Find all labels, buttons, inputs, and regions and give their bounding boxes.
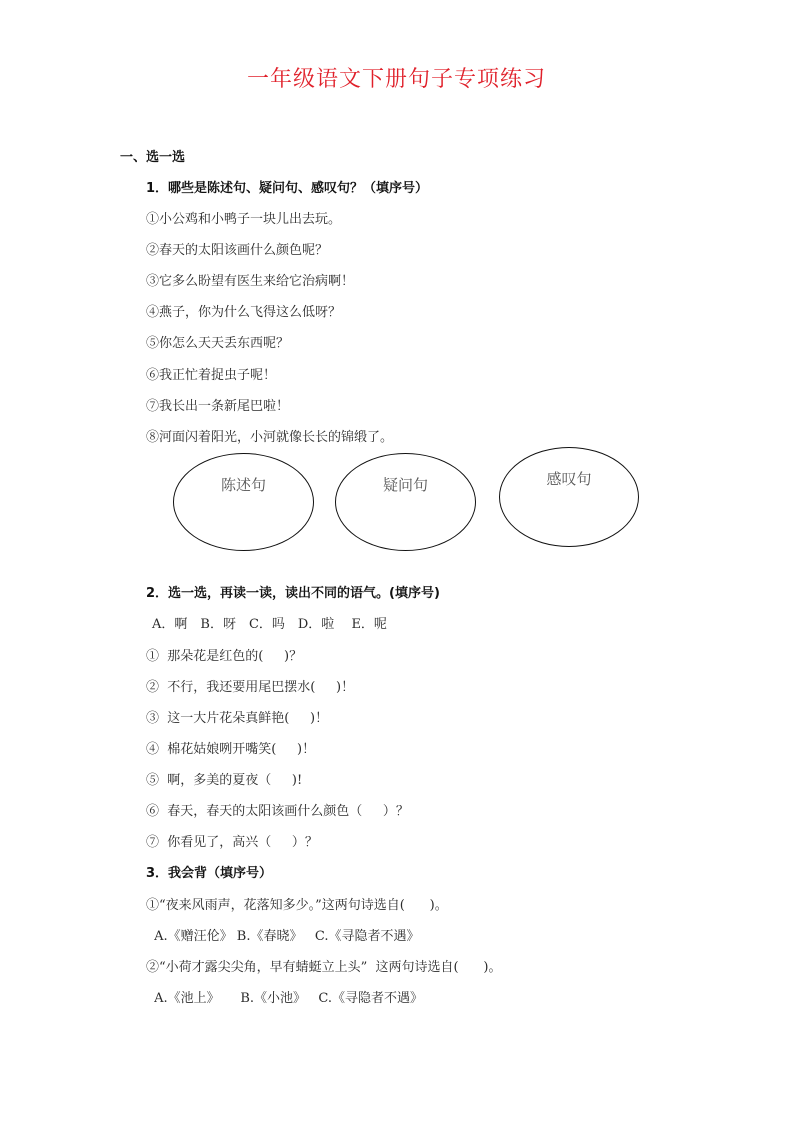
q2-item: ④ 棉花姑娘咧开嘴笑( )！ [146, 738, 315, 757]
question-1-prompt: 1．哪些是陈述句、疑问句、感叹句？（填序号） [146, 177, 428, 196]
q2-item: ③ 这一大片花朵真鲜艳( )！ [146, 707, 328, 726]
q2-item: ⑤ 啊，多美的夏夜（ )! [146, 769, 302, 788]
q3-options: A.《池上》 B.《小池》 C.《寻隐者不遇》 [150, 987, 423, 1006]
ellipse-label: 疑问句 [336, 474, 475, 495]
q1-item: ①小公鸡和小鸭子一块儿出去玩。 [146, 208, 341, 227]
q1-item: ⑧河面闪着阳光，小河就像长长的锦缎了。 [146, 426, 393, 445]
ellipse-label: 陈述句 [174, 474, 313, 495]
q1-item: ④燕子，你为什么飞得这么低呀？ [146, 301, 341, 320]
q2-item: ② 不行，我还要用尾巴摆水( )！ [146, 676, 354, 695]
q2-item: ⑥ 春天，春天的太阳该画什么颜色（ ）？ [146, 800, 409, 819]
q1-item: ⑥我正忙着捉虫子呢！ [146, 364, 276, 383]
q1-item: ⑤你怎么天天丢东西呢？ [146, 332, 289, 351]
section-heading: 一、选一选 [120, 146, 185, 165]
q2-item: ① 那朵花是红色的( )？ [146, 645, 302, 664]
q1-item: ⑦我长出一条新尾巴啦！ [146, 395, 289, 414]
answer-ellipse-interrogative: 疑问句 [335, 453, 476, 551]
question-2-prompt: 2．选一选，再读一读，读出不同的语气。(填序号) [146, 582, 440, 601]
question-3-prompt: 3．我会背（填序号） [146, 862, 272, 881]
q3-item: ②“小荷才露尖尖角，早有蜻蜓立上头” 这两句诗选自( )。 [146, 956, 502, 975]
page-title: 一年级语文下册句子专项练习 [0, 62, 793, 93]
q3-item: ①“夜来风雨声，花落知多少。”这两句诗选自( )。 [146, 894, 448, 913]
answer-ellipse-exclamatory: 感叹句 [499, 447, 639, 547]
answer-ellipse-declarative: 陈述句 [173, 453, 314, 551]
q2-options: A．啊 B．呀 C．吗 D．啦 E．呢 [152, 613, 387, 632]
q1-item: ②春天的太阳该画什么颜色呢？ [146, 239, 328, 258]
ellipse-label: 感叹句 [500, 468, 638, 489]
q2-item: ⑦ 你看见了，高兴（ ）？ [146, 831, 318, 850]
q3-options: A.《赠汪伦》 B.《春晓》 C.《寻隐者不遇》 [150, 925, 419, 944]
q1-item: ③它多么盼望有医生来给它治病啊！ [146, 270, 354, 289]
